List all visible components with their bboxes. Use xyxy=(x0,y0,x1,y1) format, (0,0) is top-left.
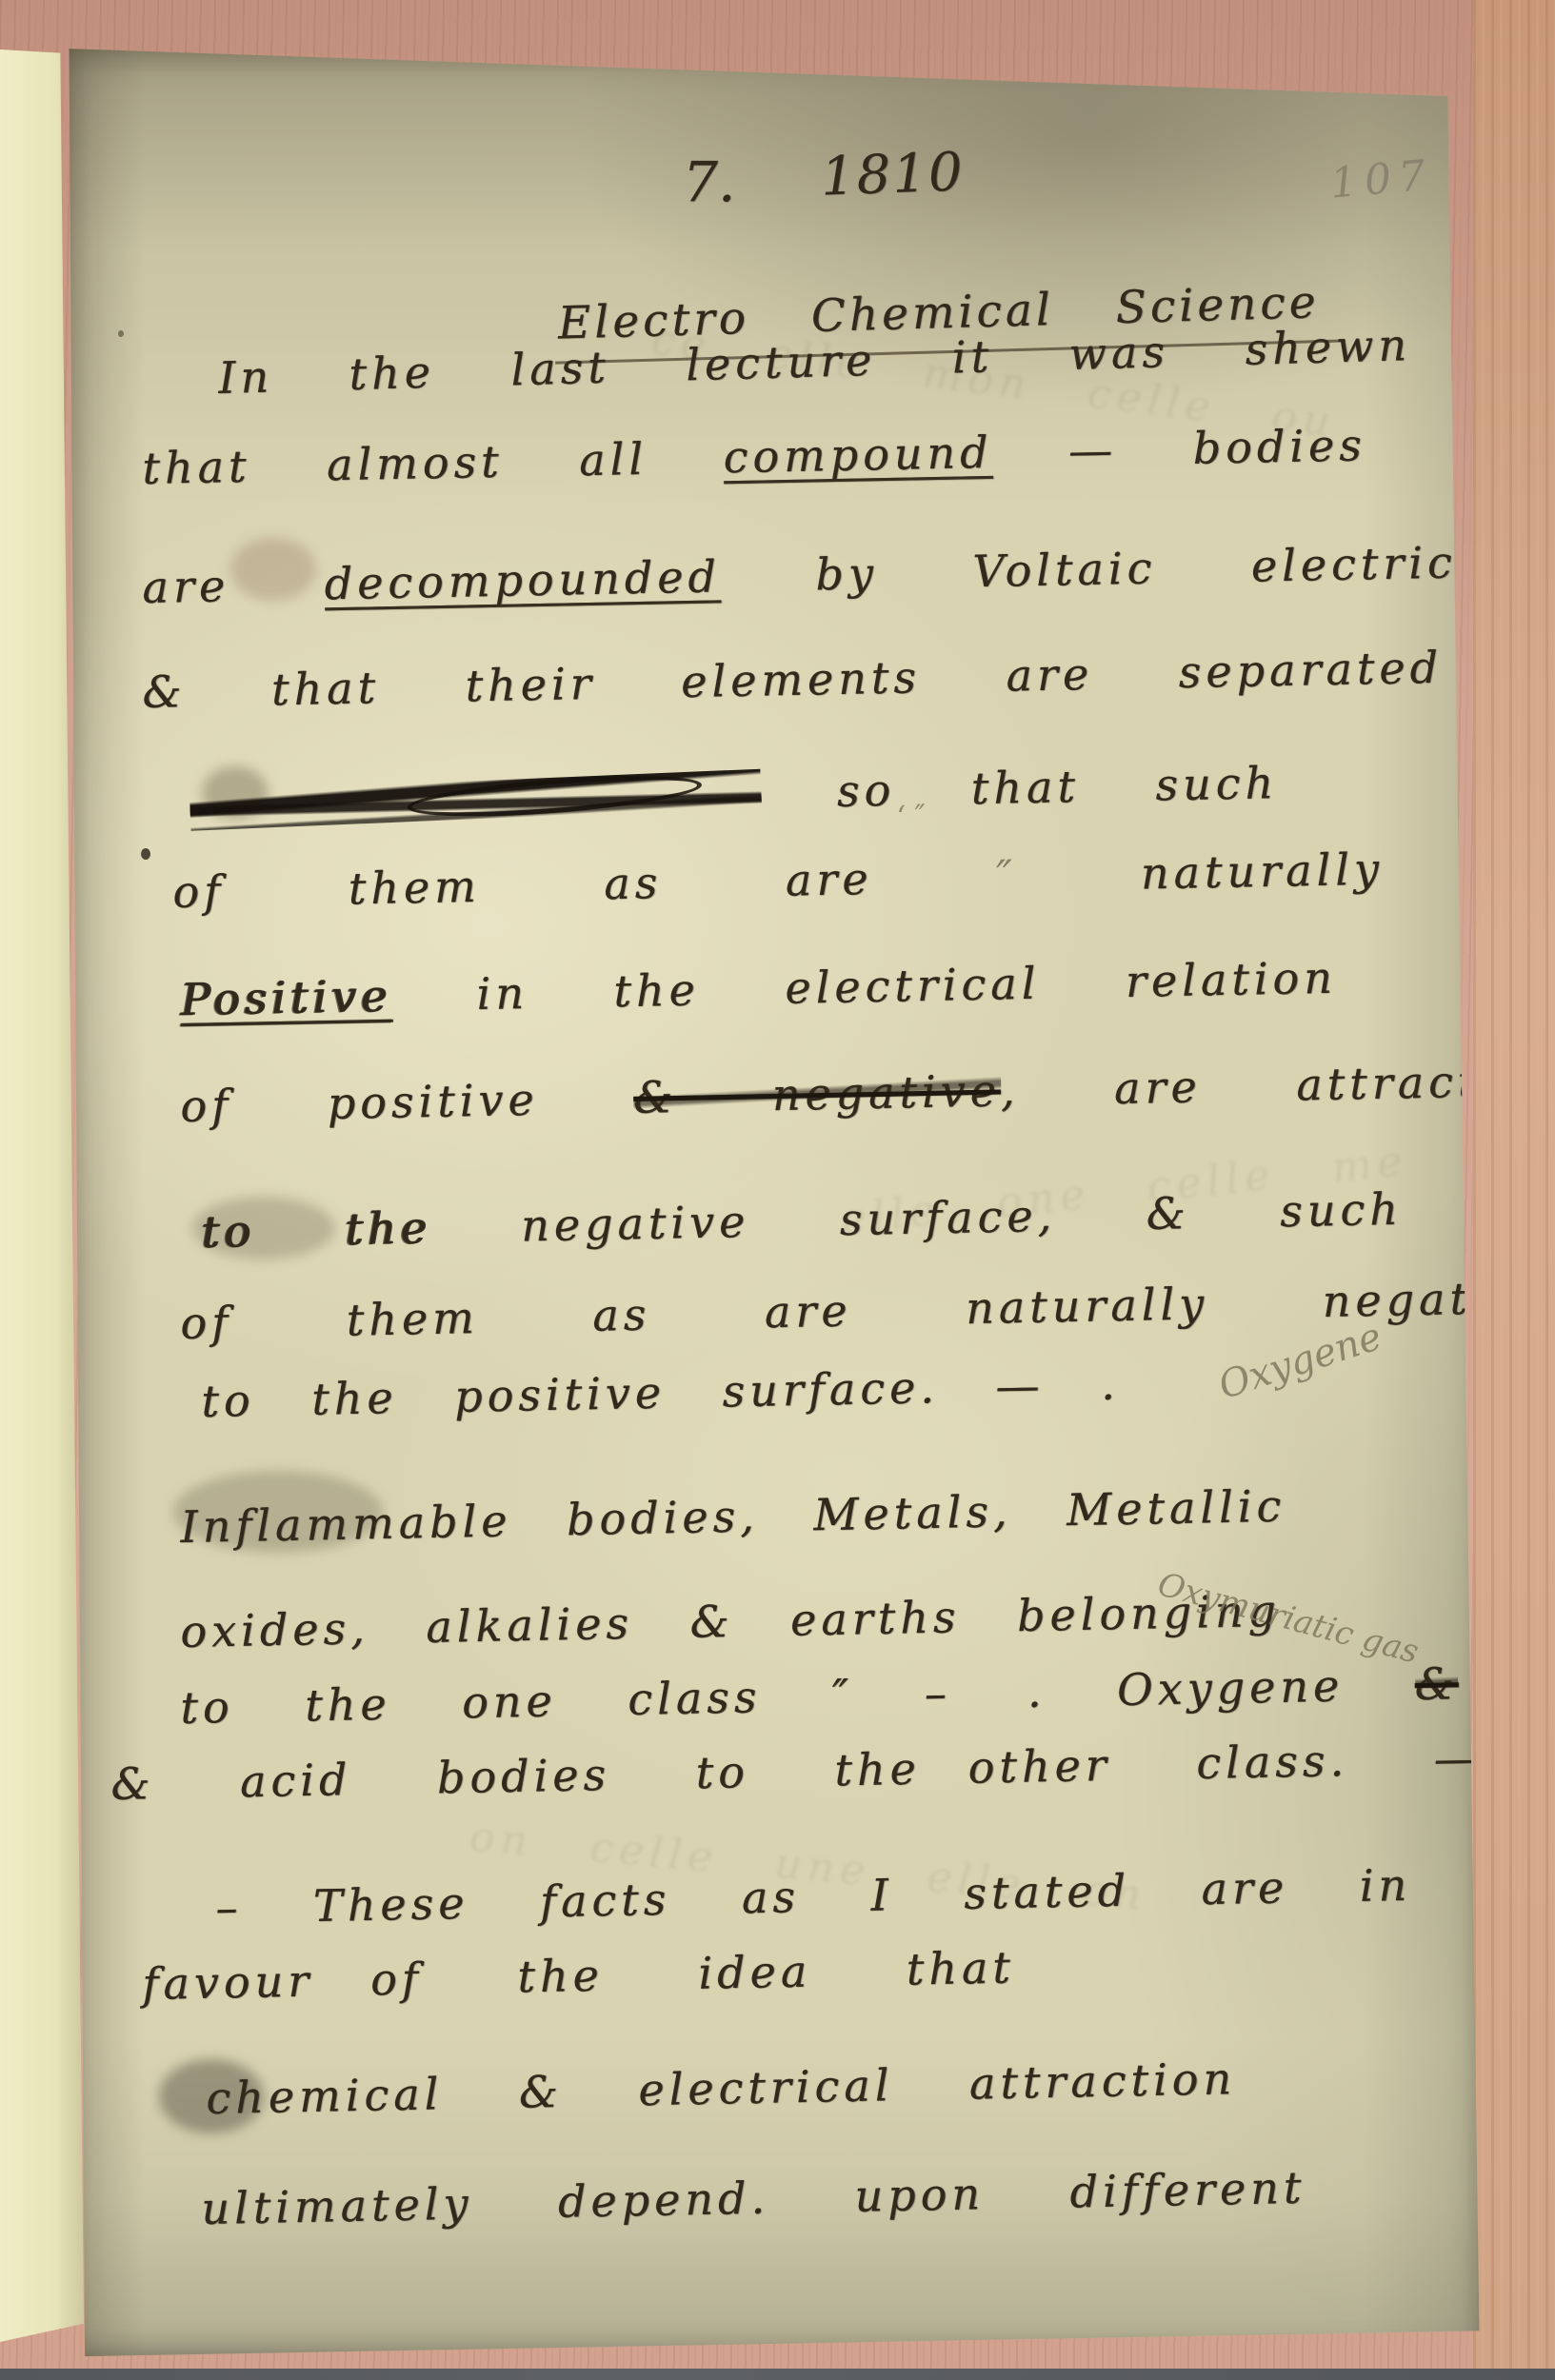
photo-bottom-dark-strip xyxy=(0,2369,1555,2380)
folio-number-pencil: 107 xyxy=(1328,150,1435,208)
manuscript-line: to the one class ″ –. Oxygene & xyxy=(180,1657,1459,1734)
handwritten-text: by Voltaic electricity xyxy=(720,535,1527,602)
handwritten-text: compound xyxy=(723,426,993,483)
handwritten-text: & acid bodies to the xyxy=(110,1743,921,1810)
handwritten-text: that almost all xyxy=(142,431,724,494)
lecture-number: 7. xyxy=(683,149,735,214)
handwritten-text: other class. — xyxy=(967,1732,1483,1793)
handwritten-text: decompounded xyxy=(324,550,721,609)
underlying-page-edge xyxy=(0,50,84,2342)
handwritten-text: oxides, alkalies & earths belonging xyxy=(180,1585,1281,1657)
handwritten-text: to the xyxy=(201,1201,431,1258)
manuscript-line: Positive in the electrical relation xyxy=(180,952,1337,1025)
manuscript-page: 7. 1810 107 Electro Chemical Science ce … xyxy=(59,43,1492,2361)
struck-through-text: & xyxy=(1414,1657,1459,1710)
photograph-of-manuscript: { "colors":{ "ink":"#32281c", "pencil":"… xyxy=(0,0,1555,2380)
manuscript-line: that almost all compound — bodies xyxy=(142,419,1366,494)
manuscript-line: of them as are ″ naturally xyxy=(172,843,1384,918)
handwritten-text: – These facts as I stated are in xyxy=(215,1859,1412,1934)
handwritten-text: — bodies xyxy=(992,419,1366,478)
struck-through-text: & negative xyxy=(633,1064,1002,1122)
handwritten-text: chemical & electrical attraction xyxy=(206,2053,1237,2124)
manuscript-line: ultimately depend. upon different xyxy=(201,2162,1306,2234)
handwritten-text: naturally xyxy=(1140,843,1384,900)
manuscript-line: so that such xyxy=(189,757,1279,829)
handwritten-text: of the idea that xyxy=(370,1941,1016,2005)
handwritten-text: ″ xyxy=(872,847,1141,903)
handwritten-text: negative surface, & such xyxy=(430,1183,1403,1254)
manuscript-line: of positive & negative, are attracted xyxy=(180,1055,1545,1132)
handwritten-text: & that their elements are separated xyxy=(142,642,1444,718)
handwritten-text: so that such xyxy=(761,757,1279,818)
handwritten-text xyxy=(314,1994,371,1995)
stitch-hole xyxy=(141,848,150,860)
handwritten-text: to the positive surface. — . xyxy=(201,1358,1120,1427)
handwritten-text: Positive xyxy=(180,970,392,1025)
insertion-marks: ‘ ″ xyxy=(896,799,927,834)
manuscript-line: to the negative surface, & such xyxy=(201,1183,1403,1258)
handwritten-text xyxy=(921,1783,968,1784)
handwritten-text: favour xyxy=(142,1955,314,2010)
struck-out-scribble xyxy=(189,769,762,831)
handwritten-text: in the electrical relation xyxy=(390,952,1337,1021)
manuscript-line: to the positive surface. — . xyxy=(201,1358,1120,1427)
handwritten-text: of them as are xyxy=(172,853,873,918)
handwritten-text: ultimately depend. upon different xyxy=(201,2162,1306,2234)
handwritten-text xyxy=(951,1707,1027,1709)
manuscript-line: – These facts as I stated are in xyxy=(215,1859,1412,1934)
handwritten-text: are xyxy=(142,558,325,613)
paper-speck xyxy=(118,330,124,337)
manuscript-line: are decompounded by Voltaic electricity xyxy=(142,535,1527,613)
manuscript-line: favourof the idea that xyxy=(142,1941,1015,2010)
year-heading: 1810 xyxy=(820,141,966,208)
handwritten-text: to the one class ″ – xyxy=(180,1667,951,1734)
manuscript-line: oxides, alkalies & earths belonging xyxy=(180,1585,1281,1657)
manuscript-line: & that their elements are separated xyxy=(142,642,1444,718)
desk-wood-right-edge xyxy=(1473,0,1555,2380)
handwritten-text: . Oxygene xyxy=(1027,1658,1415,1717)
manuscript-line: & acid bodies to theother class. — xyxy=(110,1732,1483,1810)
handwritten-text: , are attracted xyxy=(1000,1055,1544,1117)
manuscript-line: chemical & electrical attraction xyxy=(206,2053,1237,2124)
handwritten-text: of positive xyxy=(180,1072,634,1132)
